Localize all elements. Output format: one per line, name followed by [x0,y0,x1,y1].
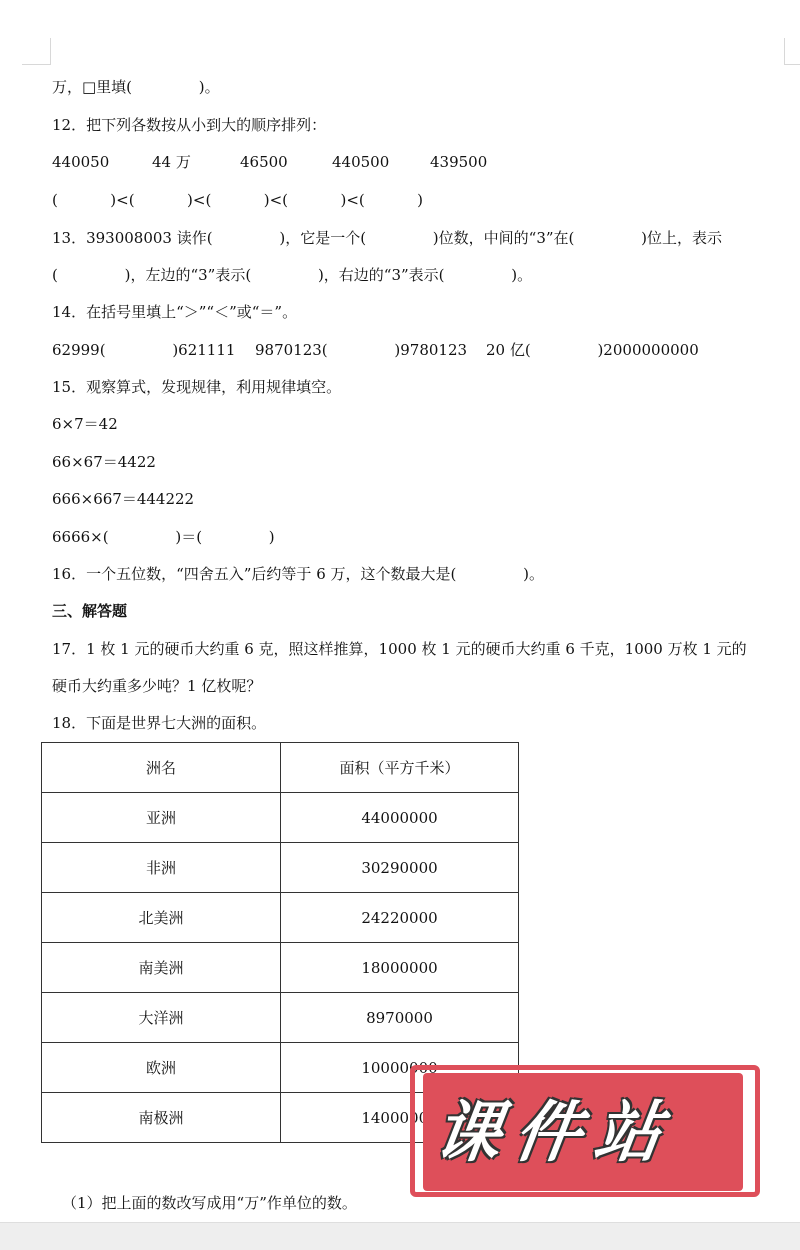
table-row: 大洋洲 8970000 [42,993,519,1043]
table-cell: 南极洲 [42,1093,281,1143]
q14-items: 62999( )621111 9870123( )9780123 20 亿( )… [52,340,752,360]
page-corner-mark-right [784,38,800,65]
table-cell: 8970000 [281,993,519,1043]
table-header: 面积（平方千米） [281,743,519,793]
table-header: 洲名 [42,743,281,793]
q14-title: 14．在括号里填上“＞”“＜”或“＝”。 [52,302,297,322]
watermark-text: 课件站 [429,1093,740,1173]
table-cell: 北美洲 [42,893,281,943]
q18-title: 18．下面是世界七大洲的面积。 [52,713,266,733]
q16: 16．一个五位数，“四舍五入”后约等于 6 万，这个数最大是( )。 [52,564,544,584]
q15-line: 6×7＝42 [52,414,118,434]
q12-title: 12．把下列各数按从小到大的顺序排列： [52,115,326,135]
q15-line: 666×667＝444222 [52,489,194,509]
page-corner-mark-left [22,38,51,65]
q12-number: 44 万 [152,152,191,172]
table-cell: 大洋洲 [42,993,281,1043]
q12-number: 439500 [430,152,487,172]
table-cell: 欧洲 [42,1043,281,1093]
q12-number: 440050 [52,152,109,172]
q17-line1: 17．1 枚 1 元的硬币大约重 6 克，照这样推算，1000 枚 1 元的硬币… [52,639,747,659]
table-cell: 非洲 [42,843,281,893]
q12-number: 440500 [332,152,389,172]
q13-line2: ( )，左边的“3”表示( )，右边的“3”表示( )。 [52,265,532,285]
q15-line: 66×67＝4422 [52,452,156,472]
q13-line1: 13．393008003 读作( )，它是一个( )位数，中间的“3”在( )位… [52,228,722,248]
q15-line: 6666×( )＝( ) [52,527,275,547]
q12-blanks: ( )<( )<( )<( )<( ) [52,190,423,210]
table-row: 亚洲 44000000 [42,793,519,843]
q15-title: 15．观察算式，发现规律，利用规律填空。 [52,377,341,397]
q14-item: 9870123( )9780123 [255,340,467,360]
q14-item: 62999( )621111 [52,340,235,360]
q17-line2: 硬币大约重多少吨？1 亿枚呢？ [52,676,261,696]
table-cell: 30290000 [281,843,519,893]
table-cell: 南美洲 [42,943,281,993]
table-header-row: 洲名 面积（平方千米） [42,743,519,793]
q14-item: 20 亿( )2000000000 [486,340,699,360]
document-page: 万，□里填( )。 12．把下列各数按从小到大的顺序排列： 440050 44 … [0,0,800,1222]
section-heading: 三、解答题 [52,601,127,621]
watermark-stamp: 课件站 [405,1065,765,1200]
q12-numbers: 440050 44 万 46500 440500 439500 [52,152,752,172]
table-cell: 44000000 [281,793,519,843]
q11-tail: 万，□里填( )。 [52,77,220,97]
table-row: 南美洲 18000000 [42,943,519,993]
table-cell: 24220000 [281,893,519,943]
q12-number: 46500 [240,152,288,172]
table-row: 北美洲 24220000 [42,893,519,943]
viewer-bottom-bar [0,1222,800,1250]
table-row: 非洲 30290000 [42,843,519,893]
q18-sub1: （1）把上面的数改写成用“万”作单位的数。 [62,1193,357,1213]
table-cell: 亚洲 [42,793,281,843]
table-cell: 18000000 [281,943,519,993]
